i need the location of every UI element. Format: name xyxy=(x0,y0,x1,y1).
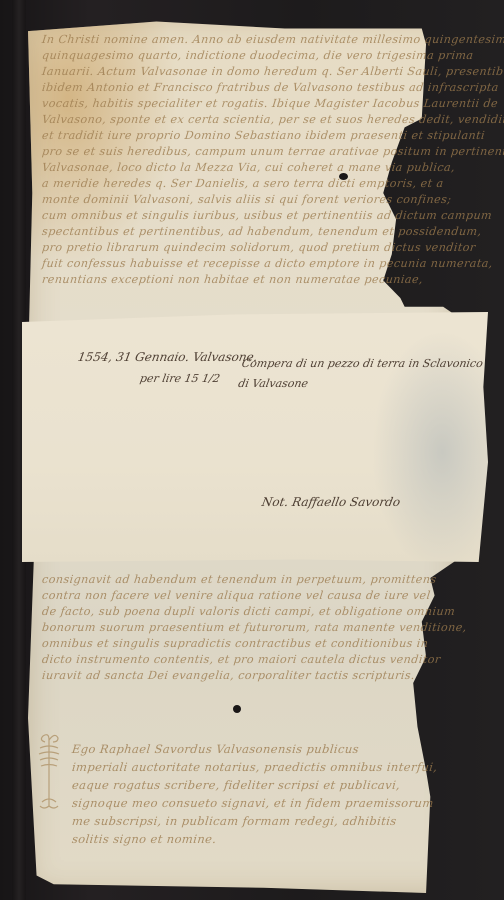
text-line: fuit confessus habuisse et recepisse a d… xyxy=(41,256,504,272)
parchment-text-top: In Christi nomine amen. Anno ab eiusdem … xyxy=(42,32,504,288)
text-line: solitis signo et nomine. xyxy=(71,830,438,848)
slip-date-line: 1554, 31 Gennaio. Valvasone. xyxy=(77,350,259,364)
text-line: spectantibus et pertinentibus, ad habend… xyxy=(41,224,504,240)
slip-subject-line: Compera di un pezzo di terra in Sclavoni… xyxy=(236,354,493,394)
text-line: dicto instrumento contentis, et pro maio… xyxy=(41,652,467,668)
text-line: vocatis, habitis specialiter et rogatis.… xyxy=(41,96,504,112)
text-line: monte dominii Valvasoni, salvis aliis si… xyxy=(41,192,504,208)
text-line: Valvasono, sponte et ex certa scientia, … xyxy=(41,112,504,128)
text-line: iuravit ad sancta Dei evangelia, corpora… xyxy=(41,668,467,684)
slip-signature: Not. Raffaello Savordo xyxy=(261,495,402,509)
text-line: cum omnibus et singulis iuribus, usibus … xyxy=(41,208,504,224)
text-line: quinquagesimo quarto, indictione duodeci… xyxy=(41,48,504,64)
text-line: Ego Raphael Savordus Valvasonensis publi… xyxy=(71,740,438,758)
notary-signum-icon xyxy=(34,730,64,810)
slip-sum-line: per lire 15 1/2 xyxy=(139,372,221,385)
parchment-text-bottom: consignavit ad habendum et tenendum in p… xyxy=(42,572,467,684)
archival-slip: 1554, 31 Gennaio. Valvasone. per lire 15… xyxy=(22,312,488,562)
text-line: pro pretio librarum quindecim solidorum,… xyxy=(41,240,504,256)
text-line: et tradidit iure proprio Domino Sebastia… xyxy=(41,128,504,144)
text-line: signoque meo consueto signavi, et in fid… xyxy=(71,794,438,812)
text-line: pro se et suis heredibus, campum unum te… xyxy=(41,144,504,160)
text-line: ibidem Antonio et Francisco fratribus de… xyxy=(41,80,504,96)
text-line: contra non facere vel venire aliqua rati… xyxy=(41,588,467,604)
parchment-hole xyxy=(339,173,348,180)
text-line: bonorum suorum praesentium et futurorum,… xyxy=(41,620,467,636)
text-line: a meridie heredes q. Ser Danielis, a ser… xyxy=(41,176,504,192)
parchment-hole xyxy=(233,705,241,713)
text-line: eaque rogatus scribere, fideliter scrips… xyxy=(71,776,438,794)
text-line: Valvasonae, loco dicto la Mezza Via, cui… xyxy=(41,160,504,176)
text-line: consignavit ad habendum et tenendum in p… xyxy=(41,572,467,588)
text-line: de facto, sub poena dupli valoris dicti … xyxy=(41,604,467,620)
text-line: In Christi nomine amen. Anno ab eiusdem … xyxy=(41,32,504,48)
text-line: Ianuarii. Actum Valvasonae in domo hered… xyxy=(41,64,504,80)
text-line: omnibus et singulis supradictis contract… xyxy=(41,636,467,652)
text-line: imperiali auctoritate notarius, praedict… xyxy=(71,758,438,776)
notary-subscription: Ego Raphael Savordus Valvasonensis publi… xyxy=(72,740,437,848)
text-line: renuntians exceptioni non habitae et non… xyxy=(41,272,504,288)
text-line: me subscripsi, in publicam formam redegi… xyxy=(71,812,438,830)
